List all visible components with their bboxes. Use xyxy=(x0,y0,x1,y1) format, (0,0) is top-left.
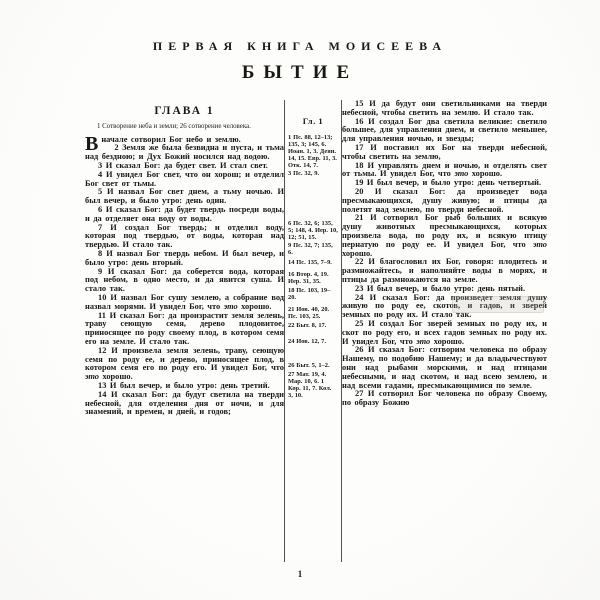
verse-number: 14 xyxy=(98,390,111,399)
verse-number: 3 xyxy=(98,161,106,170)
verse-6: 6 И сказал Бог: да будет твердь посреди … xyxy=(85,206,284,224)
cross-reference-v1: 1 Пс. 88, 12–13; 135, 3; 145, 6. Иоан. 1… xyxy=(288,134,338,169)
verse-number: 16 xyxy=(355,117,368,126)
verse-9: 9 И сказал Бог: да соберется вода, котор… xyxy=(85,268,284,294)
reference-verse-number: 14 xyxy=(288,259,296,266)
verse-number: 15 xyxy=(355,99,369,108)
reference-verse-number: 1 xyxy=(288,134,293,141)
book-title: БЫТИЕ xyxy=(0,62,600,84)
verse-20: 20 И сказал Бог: да произведет вода прес… xyxy=(342,188,547,214)
verse-number: 24 xyxy=(355,293,370,302)
verse-15: 15 И да будут они светильниками на тверд… xyxy=(342,100,547,118)
verse-25: 25 И создал Бог зверей земных по роду их… xyxy=(342,320,547,346)
cross-reference-v21: 21 Иов. 40, 20. Пс. 103, 25. xyxy=(288,306,338,320)
reference-verse-number: 16 xyxy=(288,271,296,278)
cross-reference-v14: 14 Пс. 135, 7–9. xyxy=(288,259,338,266)
reference-column-heading: Гл. 1 xyxy=(288,116,338,126)
verse-number: 18 xyxy=(355,161,367,170)
verse-2: 2 Земля же была безвидна и пуста, и тьма… xyxy=(85,144,284,162)
left-text-column: ГЛАВА 1 1 Сотворение неба и земли; 26 со… xyxy=(85,100,284,562)
cross-reference-v6: 6 Пс. 32, 6; 135, 5; 148, 4. Иер. 10, 12… xyxy=(288,220,338,241)
verse-21: 21 И сотворил Бог рыб больших и всякую д… xyxy=(342,214,547,258)
cross-reference-v26: 26 Быт. 5, 1–2. xyxy=(288,362,338,369)
verse-10: 10 И назвал Бог сушу землею, а собрание … xyxy=(85,294,284,312)
reference-list: 1 Пс. 88, 12–13; 135, 3; 145, 6. Иоан. 1… xyxy=(288,134,338,399)
verse-number: 10 xyxy=(98,293,110,302)
book-header: ПЕРВАЯ КНИГА МОИСЕЕВА xyxy=(0,39,600,54)
verse-number: 9 xyxy=(98,267,108,276)
cross-reference-v22: 22 Быт. 8, 17. xyxy=(288,322,338,329)
verse-22: 22 И благословил их Бог, говоря: плодите… xyxy=(342,258,547,284)
verse-4: 4 И увидел Бог свет, что он хорош; и отд… xyxy=(85,171,284,189)
verse-8: 8 И назвал Бог твердь небом. И был вечер… xyxy=(85,250,284,268)
verse-number: 25 xyxy=(355,319,368,328)
reference-verse-number: 24 xyxy=(288,338,296,345)
right-text-column: 15 И да будут они светильниками на тверд… xyxy=(342,100,547,562)
verse-number: 8 xyxy=(98,249,106,258)
page-number: 1 xyxy=(290,569,310,579)
verse-number: 2 xyxy=(114,143,122,152)
reference-verse-number: 21 xyxy=(288,306,296,313)
verse-number: 26 xyxy=(355,345,368,354)
verse-26: 26 И сказал Бог: сотворим человека по об… xyxy=(342,346,547,390)
verse-11: 11 И сказал Бог: да произрастит земля зе… xyxy=(85,312,284,347)
reference-verse-number: 22 xyxy=(288,322,296,329)
verse-number: 4 xyxy=(98,170,106,179)
verse-number: 22 xyxy=(355,257,368,266)
cross-reference-v16: 16 Втор. 4, 19. Иер. 31, 35. xyxy=(288,271,338,285)
verse-number: 12 xyxy=(98,346,111,355)
verse-7: 7 И создал Бог твердь; и отделил воду, к… xyxy=(85,224,284,250)
chapter-heading: ГЛАВА 1 xyxy=(85,105,284,117)
verse-number: 13 xyxy=(98,381,110,390)
reference-verse-number: 18 xyxy=(288,287,296,294)
reference-verse-number: 27 xyxy=(288,371,296,378)
verse-number: 5 xyxy=(98,187,107,196)
verse-12: 12 И произвела земля зелень, траву, сеющ… xyxy=(85,347,284,382)
verse-14: 14 И сказал Бог: да будут светила на тве… xyxy=(85,391,284,417)
verse-16: 16 И создал Бог два светила великие: све… xyxy=(342,118,547,144)
cross-reference-v27: 27 Мат. 19, 4. Мар. 10, 6. 1 Кор. 11, 7.… xyxy=(288,371,338,399)
chapter-summary: 1 Сотворение неба и земли; 26 сотворение… xyxy=(97,123,280,131)
cross-reference-v3: 3 Пс. 32, 9. xyxy=(288,170,338,177)
verse-18: 18 И управлять днем и ночью, и отделять … xyxy=(342,162,547,180)
scanned-bible-page: ПЕРВАЯ КНИГА МОИСЕЕВА БЫТИЕ ГЛАВА 1 1 Со… xyxy=(0,0,600,600)
cross-reference-v24: 24 Иов. 12, 7. xyxy=(288,338,338,345)
verse-number: 6 xyxy=(98,205,106,214)
verse-number: 23 xyxy=(355,284,367,293)
cross-reference-column: Гл. 1 1 Пс. 88, 12–13; 135, 3; 145, 6. И… xyxy=(284,100,342,562)
verse-number: 7 xyxy=(98,223,110,232)
verse-number: 11 xyxy=(98,311,110,320)
reference-verse-number: 3 xyxy=(288,170,293,177)
left-verses: Вначале сотворил Бог небо и землю.2 Земл… xyxy=(85,136,284,418)
page-content: ГЛАВА 1 1 Сотворение неба и земли; 26 со… xyxy=(85,100,547,562)
reference-verse-number: 6 xyxy=(288,220,293,227)
verse-number: 20 xyxy=(355,187,375,196)
reference-verse-number: 9 xyxy=(288,242,293,249)
verse-number: 17 xyxy=(355,143,370,152)
verse-17: 17 И поставил их Бог на тверди небесной,… xyxy=(342,144,547,162)
cross-reference-v9: 9 Пс. 32, 7; 135, 6. xyxy=(288,242,338,256)
verse-number: 21 xyxy=(355,213,370,222)
drop-cap: В xyxy=(85,136,98,152)
verse-5: 5 И назвал Бог свет днем, а тьму ночью. … xyxy=(85,188,284,206)
reference-verse-number: 26 xyxy=(288,362,296,369)
faded-stamp xyxy=(452,296,544,313)
right-verses: 15 И да будут они светильниками на тверд… xyxy=(342,100,547,408)
verse-27: 27 И сотворил Бог человека по образу Сво… xyxy=(342,390,547,408)
verse-number: 27 xyxy=(355,389,368,398)
verse-number: 19 xyxy=(355,178,367,187)
cross-reference-v18: 18 Пс. 103, 19–20. xyxy=(288,287,338,301)
